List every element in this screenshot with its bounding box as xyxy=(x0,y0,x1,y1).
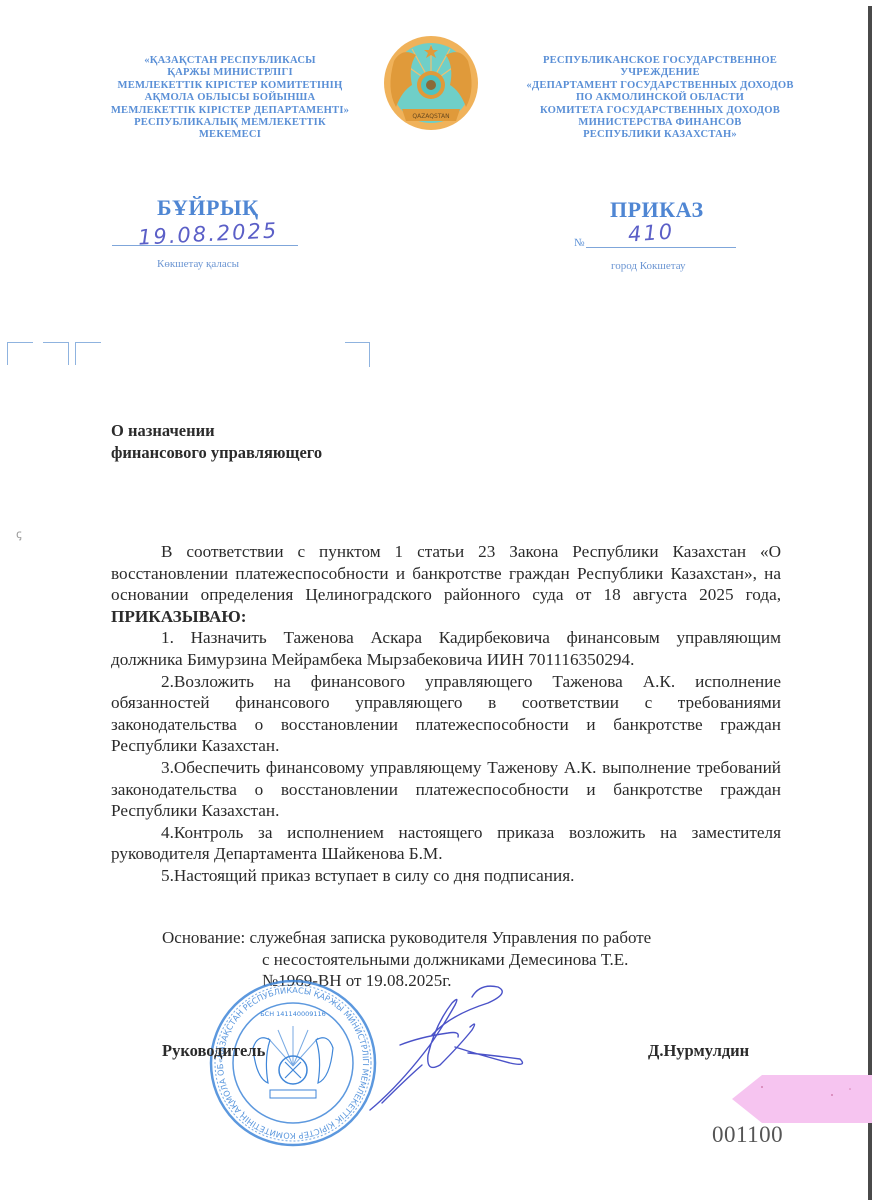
corner-bracket-mark xyxy=(345,342,370,367)
svg-text:QAZAQSTAN: QAZAQSTAN xyxy=(412,113,449,120)
header-ru-line: ПО АКМОЛИНСКОЙ ОБЛАСТИ xyxy=(505,92,815,104)
doc-type-kazakh: БҰЙРЫҚ xyxy=(157,195,259,221)
header-kz-line: РЕСПУБЛИКАЛЫҚ МЕМЛЕКЕТТІК xyxy=(100,117,360,129)
number-underline xyxy=(586,247,736,248)
handwritten-signature-icon xyxy=(360,975,530,1115)
corner-bracket-mark xyxy=(7,342,33,365)
sticky-tab-flag xyxy=(732,1075,872,1123)
state-emblem-icon: QAZAQSTAN xyxy=(372,33,490,133)
city-russian: город Кокшетау xyxy=(611,260,686,272)
document-title: О назначении финансового управляющего xyxy=(111,420,322,464)
header-kz-line: АҚМОЛА ОБЛЫСЫ БОЙЫНША xyxy=(100,92,360,104)
header-kz-line: МЕМЛЕКЕТТІК КІРІСТЕР ДЕПАРТАМЕНТІ» xyxy=(100,105,360,117)
order-item-3: 3.Обеспечить финансовому управляющему Та… xyxy=(111,757,781,822)
order-item-5: 5.Настоящий приказ вступает в силу со дн… xyxy=(111,865,781,887)
header-ru-line: РЕСПУБЛИКИ КАЗАХСТАН» xyxy=(505,129,815,141)
intro-paragraph: В соответствии с пунктом 1 статьи 23 Зак… xyxy=(111,541,781,627)
signatory-title: Руководитель xyxy=(162,1041,265,1061)
title-line: финансового управляющего xyxy=(111,442,322,464)
basis-line: Основание: служебная записка руководител… xyxy=(162,927,651,949)
document-serial-number: 001100 xyxy=(712,1122,783,1148)
svg-text:БСН 141140009116: БСН 141140009116 xyxy=(260,1010,326,1018)
order-item-4: 4.Контроль за исполнением настоящего при… xyxy=(111,822,781,865)
header-ru-line: УЧРЕЖДЕНИЕ xyxy=(505,67,815,79)
header-kz-line: МЕКЕМЕСІ xyxy=(100,129,360,141)
corner-bracket-mark xyxy=(75,342,101,365)
number-sign: № xyxy=(574,237,585,249)
order-item-2: 2.Возложить на финансового управляющего … xyxy=(111,671,781,757)
header-ru-line: «ДЕПАРТАМЕНТ ГОСУДАРСТВЕННЫХ ДОХОДОВ xyxy=(505,80,815,92)
header-kz-line: МЕМЛЕКЕТТІК КІРІСТЕР КОМИТЕТІНІҢ xyxy=(100,80,360,92)
header-ru-line: РЕСПУБЛИКАНСКОЕ ГОСУДАРСТВЕННОЕ xyxy=(505,55,815,67)
order-body: В соответствии с пунктом 1 статьи 23 Зак… xyxy=(111,541,781,887)
official-seal-icon: «ҚАЗАҚСТАН РЕСПУБЛИКАСЫ ҚАРЖЫ МИНИСТРЛІГ… xyxy=(208,978,378,1148)
header-russian: РЕСПУБЛИКАНСКОЕ ГОСУДАРСТВЕННОЕ УЧРЕЖДЕН… xyxy=(505,55,815,142)
header-kz-line: «ҚАЗАҚСТАН РЕСПУБЛИКАСЫ xyxy=(100,55,360,67)
signatory-name: Д.Нурмулдин xyxy=(648,1041,749,1061)
header-kazakh: «ҚАЗАҚСТАН РЕСПУБЛИКАСЫ ҚАРЖЫ МИНИСТРЛІГ… xyxy=(100,55,360,142)
handwritten-number: 410 xyxy=(627,219,675,246)
date-underline xyxy=(112,245,298,246)
city-kazakh: Көкшетау қаласы xyxy=(157,258,239,270)
header-kz-line: ҚАРЖЫ МИНИСТРЛІГІ xyxy=(100,67,360,79)
header-ru-line: МИНИСТЕРСТВА ФИНАНСОВ xyxy=(505,117,815,129)
intro-text: В соответствии с пунктом 1 статьи 23 Зак… xyxy=(111,542,781,604)
basis-line: с несостоятельными должниками Демесинова… xyxy=(162,949,651,971)
scan-mark: ꞔ xyxy=(16,525,22,542)
doc-type-russian: ПРИКАЗ xyxy=(610,197,704,223)
order-item-1: 1. Назначить Таженова Аскара Кадирбекови… xyxy=(111,627,781,670)
header-ru-line: КОМИТЕТА ГОСУДАРСТВЕННЫХ ДОХОДОВ xyxy=(505,105,815,117)
corner-bracket-mark xyxy=(43,342,69,365)
scan-right-edge xyxy=(868,6,872,1200)
title-line: О назначении xyxy=(111,420,322,442)
order-keyword: ПРИКАЗЫВАЮ: xyxy=(111,607,247,626)
